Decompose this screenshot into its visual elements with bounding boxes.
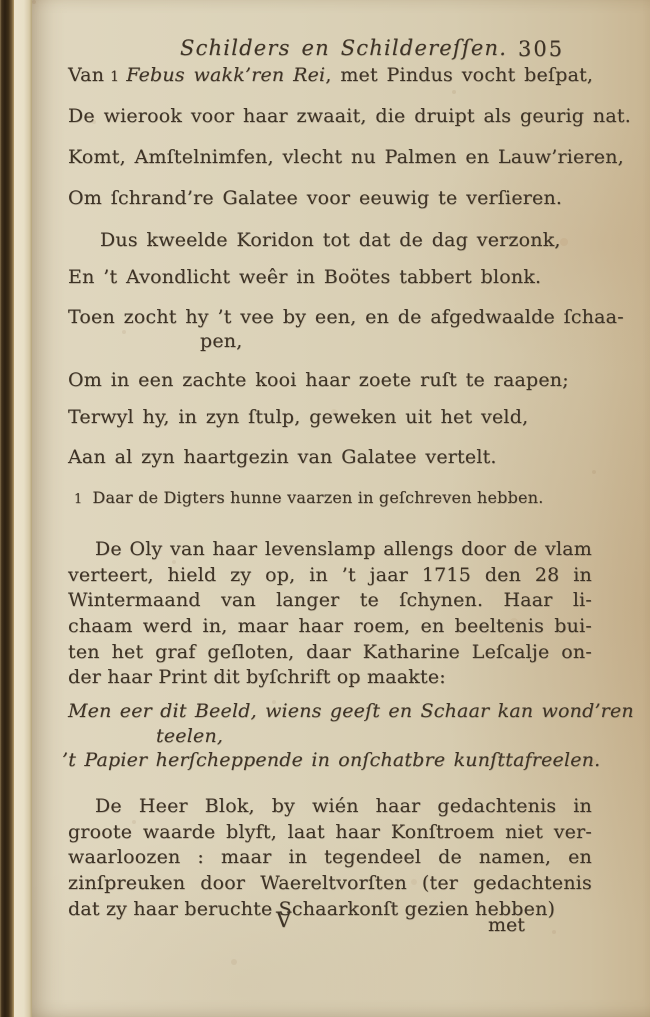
paper-speckles <box>32 0 36 4</box>
paragraph-1-line: chaam werd in, maar haar roem, en beelte… <box>68 614 592 640</box>
page-content: Schilders en Schildereſſen. 305 Van1Febu… <box>68 0 592 1017</box>
paragraph-2: De Heer Blok, by wién haar gedachtenis i… <box>68 794 592 922</box>
poem-line-7: Toen zocht hy ’t vee by een, en de afged… <box>68 306 624 328</box>
paragraph-1-line: Wintermaand van langer te ſchynen. Haar … <box>68 588 592 614</box>
couplet-line-1-wrap: teelen, <box>156 725 223 747</box>
catchword: met <box>488 914 525 936</box>
poem-line-5: Dus kweelde Koridon tot dat de dag verzo… <box>100 229 561 251</box>
underlying-page-edge <box>14 0 32 1017</box>
paragraph-1-line: der haar Print dit byſchrift op maakte: <box>68 665 592 691</box>
poem-line-7-wrap: pen, <box>200 330 242 352</box>
poem-line-3: Komt, Amſtelnimfen, vlecht nu Palmen en … <box>68 146 624 168</box>
poem-line-9: Terwyl hy, in zyn ſtulp, geweken uit het… <box>68 406 528 428</box>
paragraph-2-line: zinſpreuken door Waereltvorſten (ter ged… <box>68 871 592 897</box>
poem-line-1: Van1Febus wakk’ren Rei, met Pindus vocht… <box>68 64 593 86</box>
paragraph-2-line: waarloozen : maar in tegendeel de namen,… <box>68 845 592 871</box>
poem-line-10: Aan al zyn haartgezin van Galatee vertel… <box>68 446 497 468</box>
poem-line-2: De wierook voor haar zwaait, die druipt … <box>68 105 631 127</box>
footnote-marker: 1 <box>74 492 92 507</box>
signature-mark: V <box>276 908 291 932</box>
poem-line-1-pre: Van <box>68 64 104 86</box>
poem-line-6: En ’t Avondlicht weêr in Boötes tabbert … <box>68 266 541 288</box>
binding-gutter-shadow <box>0 0 14 1017</box>
paragraph-1: De Oly van haar levenslamp allengs door … <box>68 537 592 691</box>
paragraph-2-line: groote waarde blyft, laat haar Konſtroem… <box>68 820 592 846</box>
book-page-scan: Schilders en Schildereſſen. 305 Van1Febu… <box>0 0 650 1017</box>
paragraph-1-line: ten het graf geſloten, daar Katharine Le… <box>68 640 592 666</box>
paragraph-1-line: verteert, hield zy op, in ’t jaar 1715 d… <box>68 563 592 589</box>
footnote-reference: 1 <box>104 69 126 85</box>
couplet-line-1: Men eer dit Beeld, wiens geeſt en Schaar… <box>68 700 634 722</box>
footnote-text: Daar de Digters hunne vaarzen in geſchre… <box>92 488 543 507</box>
poem-line-1-post: , met Pindus vocht beſpat, <box>325 64 593 86</box>
paragraph-1-line: De Oly van haar levenslamp allengs door … <box>68 537 592 563</box>
running-header-title: Schilders en Schildereſſen. <box>180 36 507 60</box>
poem-line-8: Om in een zachte kooi haar zoete ruſt te… <box>68 369 569 391</box>
poem-line-1-italic: Febus wakk’ren Rei <box>126 64 325 86</box>
paragraph-2-line: De Heer Blok, by wién haar gedachtenis i… <box>68 794 592 820</box>
page-number: 305 <box>518 37 564 61</box>
footnote: 1Daar de Digters hunne vaarzen in geſchr… <box>74 488 544 507</box>
poem-line-4: Om ſchrand’re Galatee voor eeuwig te ver… <box>68 187 562 209</box>
couplet-line-2: ’t Papier herſcheppende in onſchatbre ku… <box>62 749 600 771</box>
